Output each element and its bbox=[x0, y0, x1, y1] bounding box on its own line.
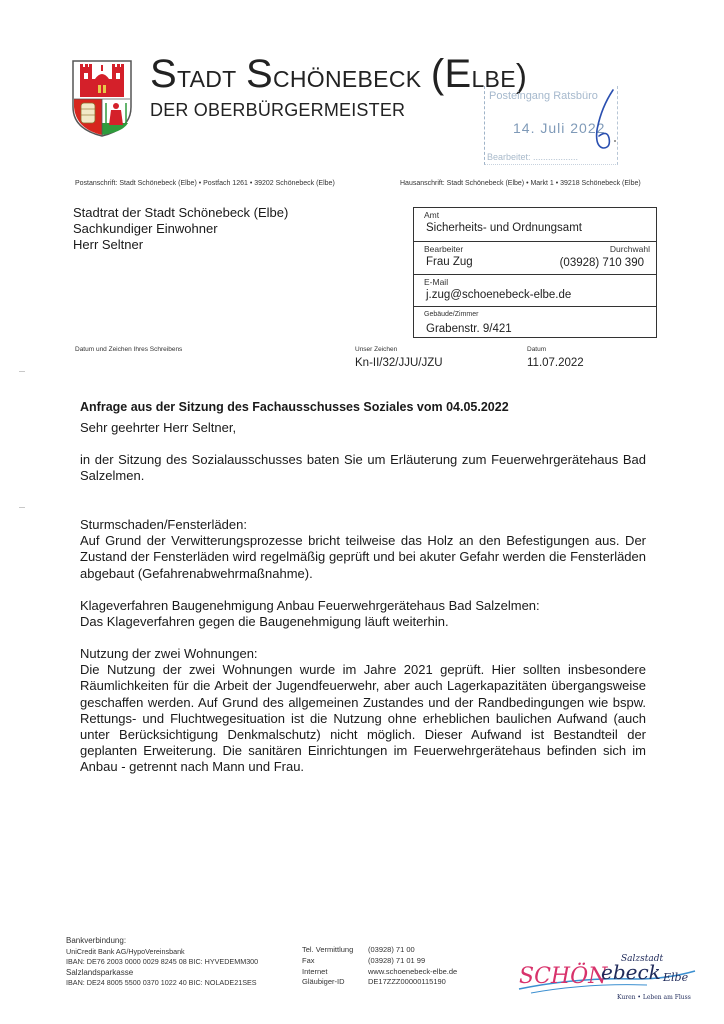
amt-cell: Amt Sicherheits- und Ordnungsamt bbox=[414, 208, 656, 242]
bank-details: Bankverbindung: UniCredit Bank AG/HypoVe… bbox=[66, 936, 258, 989]
our-reference-value: Kn-II/32/JJU/JZU bbox=[355, 357, 443, 369]
contact-key: Fax bbox=[302, 956, 368, 967]
your-reference-label: Datum und Zeichen Ihres Schreibens bbox=[75, 346, 182, 353]
recipient-line: Stadtrat der Stadt Schönebeck (Elbe) bbox=[73, 205, 288, 221]
logo-top: Salzstadt bbox=[621, 954, 664, 964]
contact-row: Internetwww.schoenebeck-elbe.de bbox=[302, 967, 457, 978]
intro-text: in der Sitzung des Sozialausschusses bat… bbox=[80, 452, 646, 484]
room-value: Grabenstr. 9/421 bbox=[424, 320, 650, 337]
bank2-iban: IBAN: DE24 8005 5500 0370 1022 40 BIC: N… bbox=[66, 978, 258, 989]
email-cell: E-Mail j.zug@schoenebeck-elbe.de bbox=[414, 275, 656, 307]
house-address: Hausanschrift: Stadt Schönebeck (Elbe) •… bbox=[400, 180, 641, 187]
recipient-line: Sachkundiger Einwohner bbox=[73, 221, 288, 237]
section-text: Das Klageverfahren gegen die Baugenehmig… bbox=[80, 614, 646, 630]
contact-value: (03928) 71 01 99 bbox=[368, 956, 457, 967]
postal-address: Postanschrift: Stadt Schönebeck (Elbe) •… bbox=[75, 180, 335, 187]
amt-value: Sicherheits- und Ordnungsamt bbox=[424, 221, 650, 236]
coat-of-arms-icon bbox=[71, 59, 133, 137]
room-label: Gebäude/Zimmer bbox=[424, 309, 650, 320]
recipient-line: Herr Seltner bbox=[73, 237, 288, 253]
fold-mark bbox=[19, 371, 25, 372]
fold-mark bbox=[19, 507, 25, 508]
email-label: E-Mail bbox=[424, 277, 650, 288]
date-label: Datum bbox=[527, 346, 546, 353]
email-value: j.zug@schoenebeck-elbe.de bbox=[424, 288, 650, 303]
section-heading: Nutzung der zwei Wohnungen: bbox=[80, 646, 646, 662]
bank1-name: UniCredit Bank AG/HypoVereinsbank bbox=[66, 947, 258, 958]
section-lawsuit: Klageverfahren Baugenehmigung Anbau Feue… bbox=[80, 598, 646, 630]
contact-row: Tel. Vermittlung(03928) 71 00 bbox=[302, 945, 457, 956]
contact-value: DE17ZZZ00000115190 bbox=[368, 977, 457, 988]
durchwahl-value: (03928) 710 390 bbox=[560, 256, 644, 271]
city-brand-logo: SCHÖN ebeck Salzstadt Elbe Kuren • Leben… bbox=[517, 949, 697, 1003]
logo-part1: SCHÖN bbox=[519, 962, 608, 989]
date-value: 11.07.2022 bbox=[527, 357, 584, 369]
section-apartments: Nutzung der zwei Wohnungen: Die Nutzung … bbox=[80, 646, 646, 776]
section-storm-damage: Sturmschaden/Fensterläden: Auf Grund der… bbox=[80, 517, 646, 582]
letter-subject: Anfrage aus der Sitzung des Fachausschus… bbox=[80, 400, 509, 414]
contact-info-box: Amt Sicherheits- und Ordnungsamt Bearbei… bbox=[413, 207, 657, 338]
contact-details: Tel. Vermittlung(03928) 71 00 Fax(03928)… bbox=[302, 945, 457, 988]
bank2-name: Salzlandsparkasse bbox=[66, 968, 258, 979]
contact-row: Fax(03928) 71 01 99 bbox=[302, 956, 457, 967]
durchwahl-label: Durchwahl bbox=[610, 244, 650, 255]
bank1-iban: IBAN: DE76 2003 0000 0029 8245 08 BIC: H… bbox=[66, 957, 258, 968]
bank-heading: Bankverbindung: bbox=[66, 936, 258, 947]
room-cell: Gebäude/Zimmer Grabenstr. 9/421 bbox=[414, 307, 656, 337]
section-text: Die Nutzung der zwei Wohnungen wurde im … bbox=[80, 662, 646, 775]
letter-greeting: Sehr geehrter Herr Seltner, bbox=[80, 420, 646, 436]
website-link[interactable]: www.schoenebeck-elbe.de bbox=[368, 967, 457, 978]
bearbeiter-cell: Bearbeiter Frau Zug Durchwahl (03928) 71… bbox=[414, 242, 656, 275]
city-title: Stadt Schönebeck (Elbe) bbox=[150, 52, 527, 97]
contact-key: Gläubiger-ID bbox=[302, 977, 368, 988]
section-heading: Sturmschaden/Fensterläden: bbox=[80, 517, 646, 533]
letter-intro: in der Sitzung des Sozialausschusses bat… bbox=[80, 452, 646, 484]
stamp-label: Posteingang Ratsbüro bbox=[489, 90, 598, 102]
stamp-edited-label: Bearbeitet: .................. bbox=[487, 152, 578, 162]
handwritten-initial-icon bbox=[587, 86, 617, 154]
section-text: Auf Grund der Verwitterungsprozesse bric… bbox=[80, 533, 646, 582]
greeting-text: Sehr geehrter Herr Seltner, bbox=[80, 420, 646, 436]
contact-value: (03928) 71 00 bbox=[368, 945, 457, 956]
our-reference-label: Unser Zeichen bbox=[355, 346, 397, 353]
contact-key: Internet bbox=[302, 967, 368, 978]
recipient-block: Stadtrat der Stadt Schönebeck (Elbe) Sac… bbox=[73, 205, 288, 253]
logo-right: Elbe bbox=[662, 971, 689, 984]
contact-key: Tel. Vermittlung bbox=[302, 945, 368, 956]
contact-row: Gläubiger-IDDE17ZZZ00000115190 bbox=[302, 977, 457, 988]
mayor-subtitle: DER OBERBÜRGERMEISTER bbox=[150, 100, 405, 121]
logo-tagline: Kuren • Leben am Fluss bbox=[617, 994, 691, 1001]
section-heading: Klageverfahren Baugenehmigung Anbau Feue… bbox=[80, 598, 646, 614]
amt-label: Amt bbox=[424, 210, 650, 221]
receipt-stamp: Posteingang Ratsbüro 14. Juli 2022 Bearb… bbox=[484, 86, 618, 165]
